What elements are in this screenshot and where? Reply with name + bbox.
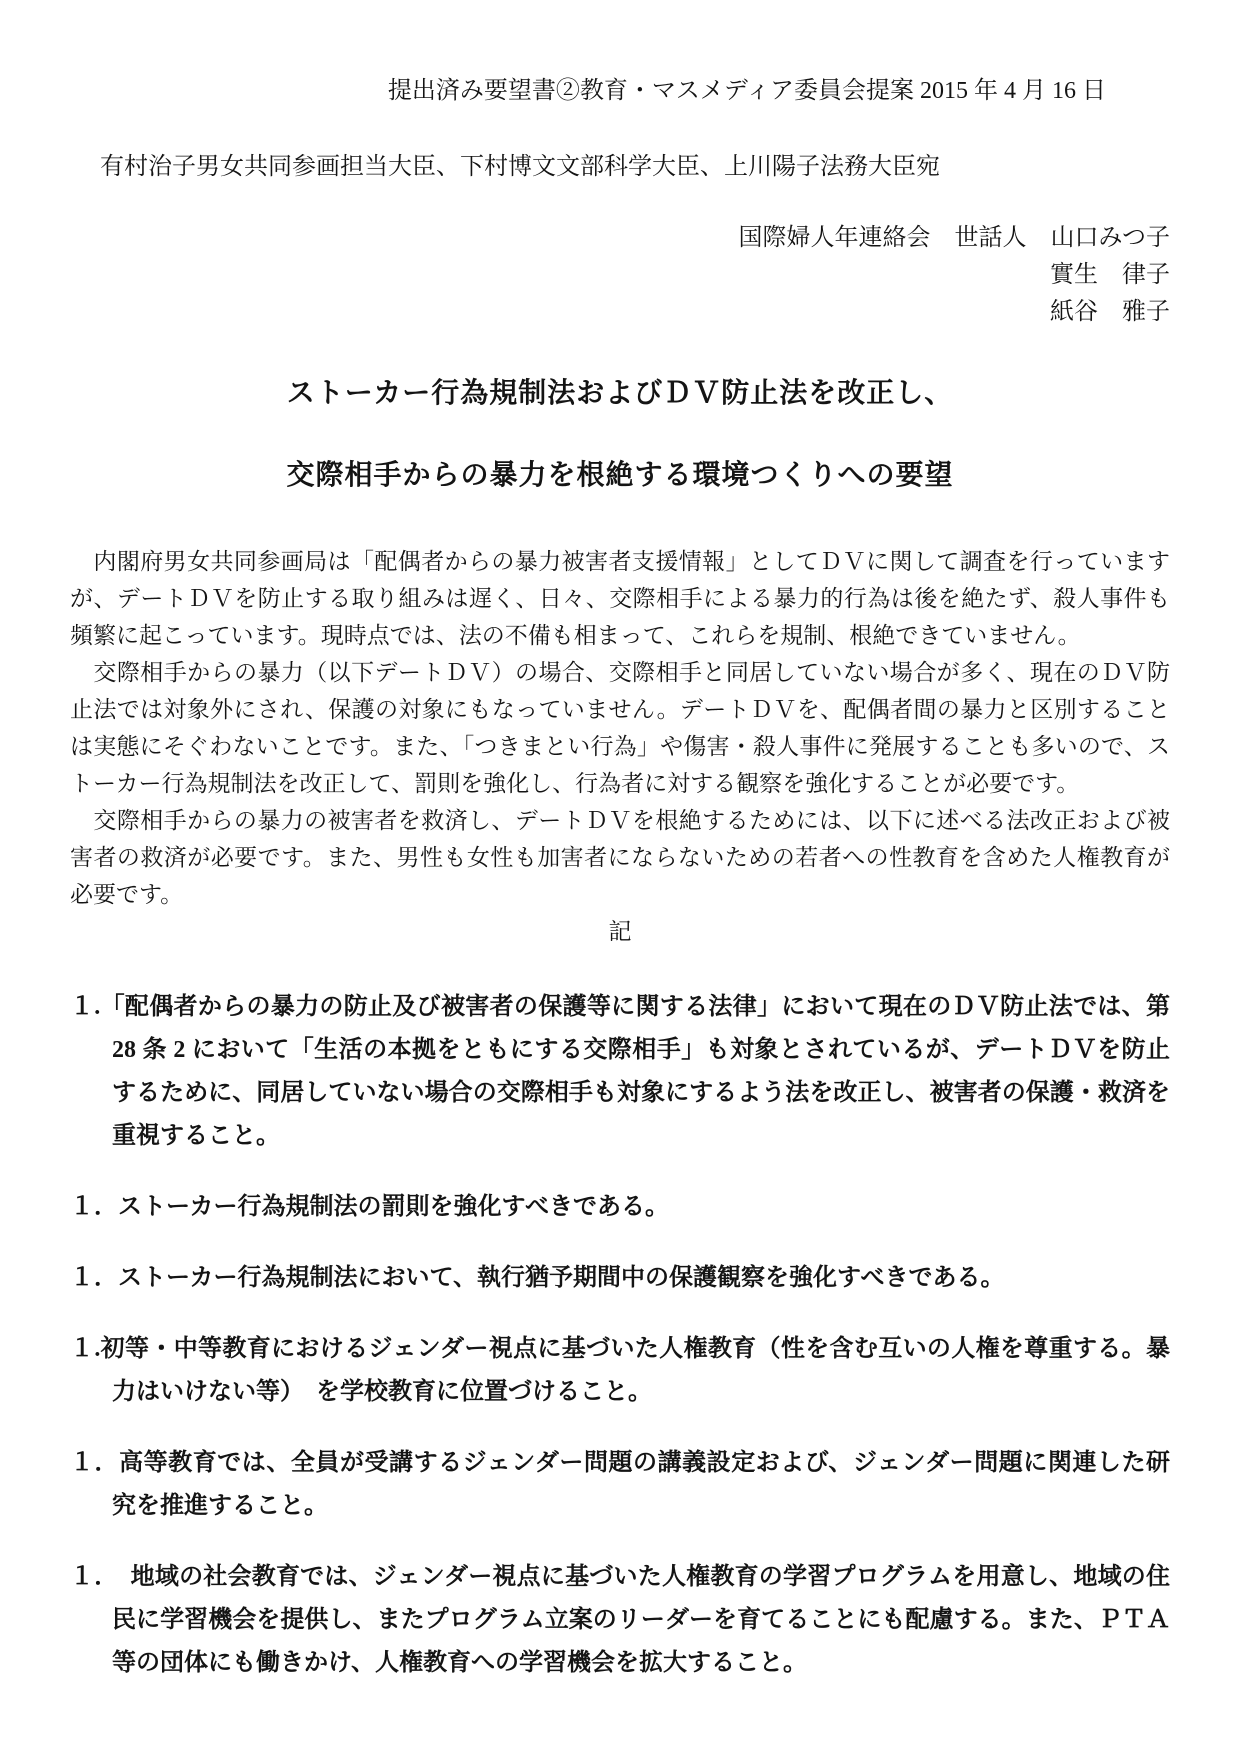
record-mark: 記 [70, 913, 1170, 950]
body-text: 内閣府男女共同参画局は「配偶者からの暴力被害者支援情報」としてＤＶに関して調査を… [70, 543, 1170, 950]
item-6-text: 地域の社会教育では、ジェンダー視点に基づいた人権教育の学習プログラムを用意し、地… [106, 1564, 1170, 1676]
list-item-1: １.「配偶者からの暴力の防止及び被害者の保護等に関する法律」において現在のＤＶ防… [70, 986, 1170, 1158]
request-list: １.「配偶者からの暴力の防止及び被害者の保護等に関する法律」において現在のＤＶ防… [70, 986, 1170, 1685]
item-5-text: 高等教育では、全員が受講するジェンダー問題の講義設定および、ジェンダー問題に関連… [112, 1450, 1170, 1519]
item-3-text: ストーカー行為規制法において、執行猶予期間中の保護観察を強化すべきである。 [118, 1265, 1005, 1291]
item-4-text: 初等・中等教育におけるジェンダー視点に基づいた人権教育（性を含む互いの人権を尊重… [100, 1336, 1170, 1405]
item-3-number: １． [70, 1265, 118, 1291]
list-item-4: １.初等・中等教育におけるジェンダー視点に基づいた人権教育（性を含む互いの人権を… [70, 1328, 1170, 1414]
item-2-number: １． [70, 1194, 118, 1220]
item-5-number: １． [70, 1450, 119, 1476]
paragraph-2: 交際相手からの暴力（以下デートＤＶ）の場合、交際相手と同居していない場合が多く、… [70, 654, 1170, 802]
document-title: ストーカー行為規制法およびＤＶ防止法を改正し、 交際相手からの暴力を根絶する環境… [70, 371, 1170, 493]
sender-name-3: 紙谷 雅子 [70, 294, 1170, 331]
header-submission-line: 提出済み要望書②教育・マスメディア委員会提案 2015 年 4 月 16 日 [70, 76, 1170, 106]
item-4-number: １. [70, 1336, 100, 1362]
list-item-6: １． 地域の社会教育では、ジェンダー視点に基づいた人権教育の学習プログラムを用意… [70, 1556, 1170, 1685]
item-1-text: 「配偶者からの暴力の防止及び被害者の保護等に関する法律」において現在のＤＶ防止法… [100, 994, 1170, 1149]
item-1-number: １. [70, 994, 100, 1020]
item-6-number: １． [70, 1564, 106, 1590]
title-line-2: 交際相手からの暴力を根絶する環境つくりへの要望 [70, 453, 1170, 493]
list-item-5: １．高等教育では、全員が受講するジェンダー問題の講義設定および、ジェンダー問題に… [70, 1442, 1170, 1528]
document-page: 提出済み要望書②教育・マスメディア委員会提案 2015 年 4 月 16 日 有… [0, 0, 1240, 1754]
addressee-line: 有村治子男女共同参画担当大臣、下村博文文部科学大臣、上川陽子法務大臣宛 [70, 152, 1170, 182]
sender-block: 国際婦人年連絡会 世話人 山口みつ子 實生 律子 紙谷 雅子 [70, 220, 1170, 331]
sender-org-line: 国際婦人年連絡会 世話人 山口みつ子 [70, 220, 1170, 257]
paragraph-3: 交際相手からの暴力の被害者を救済し、デートＤＶを根絶するためには、以下に述べる法… [70, 802, 1170, 913]
sender-name-2: 實生 律子 [70, 257, 1170, 294]
item-2-text: ストーカー行為規制法の罰則を強化すべきである。 [118, 1194, 669, 1220]
list-item-2: １．ストーカー行為規制法の罰則を強化すべきである。 [70, 1186, 1170, 1229]
paragraph-1: 内閣府男女共同参画局は「配偶者からの暴力被害者支援情報」としてＤＶに関して調査を… [70, 543, 1170, 654]
title-line-1: ストーカー行為規制法およびＤＶ防止法を改正し、 [70, 371, 1170, 411]
list-item-3: １．ストーカー行為規制法において、執行猶予期間中の保護観察を強化すべきである。 [70, 1257, 1170, 1300]
